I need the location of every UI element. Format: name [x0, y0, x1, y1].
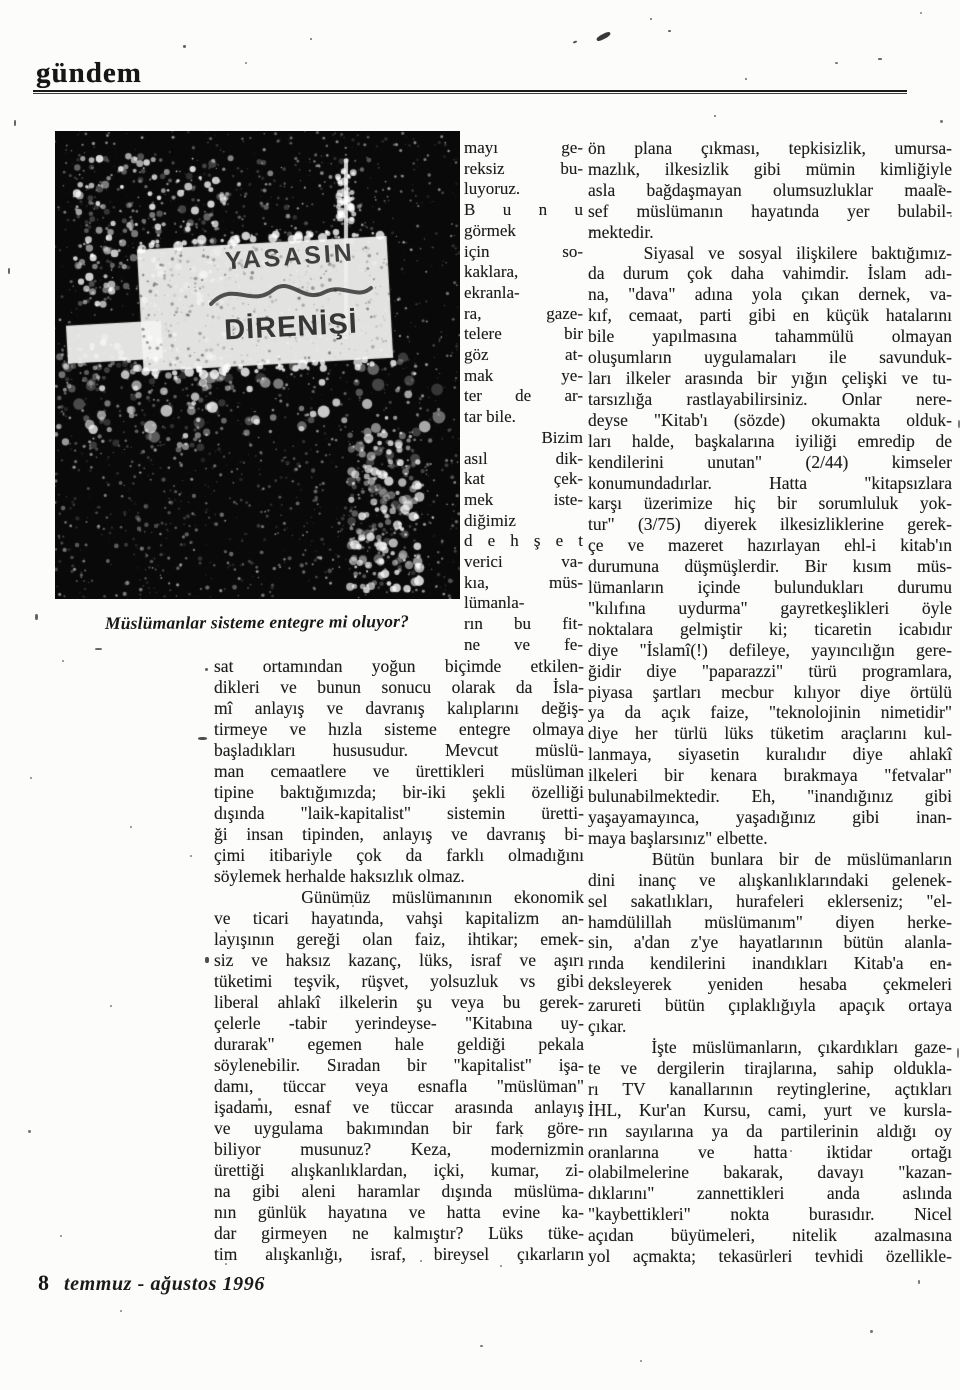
text-line: ön plana çıkması, tepkisizlik, umursa- — [588, 138, 952, 159]
text-line: biliyor musunuz? Keza, modernizmin — [214, 1139, 584, 1160]
text-line: ya da açık faize, "teknolojinin nimetidi… — [588, 702, 952, 723]
magazine-page: gündem YASASIN DİRENİŞİ Müslümanlar sist… — [0, 0, 960, 1390]
text-line: ra, gaze- — [464, 304, 583, 325]
text-line: durumuna düşmüşlerdir. Bir kısım müs- — [588, 556, 952, 577]
text-line: te ve dergilerin tirajlarına, sahip oldu… — [588, 1058, 952, 1079]
text-line: İHL, Kur'an Kursu, cami, yurt ve kursla- — [588, 1100, 952, 1121]
text-line: konumundadırlar. Hatta "kitapsızlara — [588, 473, 952, 494]
text-line: açıdan büyümeleri, nitelik azalmasına — [588, 1225, 952, 1246]
text-line: liberal ahlakî ilkelerin şu veya bu gere… — [214, 992, 584, 1013]
scan-speck — [420, 1260, 422, 1262]
text-line: kat çek- — [464, 469, 583, 490]
text-line: Bütün bunlara bir de müslümanların — [588, 849, 952, 870]
text-line: söylenebilir. Sıradan bir "kapitalist" i… — [214, 1055, 584, 1076]
text-line: "kaybettikleri" nokta burasıdır. Nicel — [588, 1204, 952, 1225]
text-line: verici va- — [464, 552, 583, 573]
text-line: ğidir diye "paparazzi" türü programlara, — [588, 661, 952, 682]
text-line: yol açmakta; tekasürleri tevhidi özellik… — [588, 1246, 952, 1267]
text-line: man cemaatlere ve ürettikleri müslüman — [214, 761, 584, 782]
scan-speck — [205, 668, 208, 671]
scan-speck — [198, 737, 207, 740]
text-line: tarsızlığa rastlayabilirsiniz. Onlar ner… — [588, 389, 952, 410]
scan-speck — [878, 58, 882, 60]
scan-speck — [957, 1048, 959, 1058]
scan-speck — [245, 62, 247, 64]
text-line: dıklarını" zannettikleri anda aslında — [588, 1183, 952, 1204]
text-line: sel sakatlıkları, hurafeleri eklerseniz;… — [588, 891, 952, 912]
text-line: ne ve fe- — [464, 635, 583, 656]
text-line: asla bağdaşmayan olumsuzluklar maale- — [588, 180, 952, 201]
text-line: mazlık, ilkesizlik gibi mümin kimliğiyle — [588, 159, 952, 180]
text-line: görmek — [464, 221, 583, 242]
text-line: dar girmeyen ne kalmıştır? Lüks tüke- — [214, 1223, 584, 1244]
text-line: İşte müslümanların, çıkardıkları gaze- — [588, 1037, 952, 1058]
text-line: kıf, cemaat, parti gibi en küçük hatalar… — [588, 305, 952, 326]
scan-speck — [790, 1150, 792, 1152]
text-line: tüketimi teşvik, rüşvet, yolsuzluk vs gi… — [214, 971, 584, 992]
text-line: durarak" egemen hale geldiği pekala — [214, 1034, 584, 1055]
text-line: d e h ş e t — [464, 531, 583, 552]
text-line: tur" (3/75) diyerek ilkesizliklerine ger… — [588, 514, 952, 535]
scan-speck — [225, 930, 227, 932]
scan-speck — [62, 660, 64, 662]
page-number: 8 — [38, 1270, 49, 1296]
text-line: rında kendilerini inandıkları Kitab'a en… — [588, 953, 952, 974]
scan-speck — [130, 826, 132, 828]
text-line: sef müslümanın hayatında yer bulabil- — [588, 201, 952, 222]
text-line: dini inanç ve alışkanlıklarındaki gelene… — [588, 870, 952, 891]
text-line: ekranla- — [464, 283, 583, 304]
text-line: ve uygulama bakımından bir fark göre- — [214, 1118, 584, 1139]
issue-date: temmuz - ağustos 1996 — [64, 1273, 265, 1296]
scan-speck — [120, 1310, 122, 1312]
header-rule — [33, 90, 907, 95]
text-line: sat ortamından yoğun biçimde etkilen- — [214, 656, 584, 677]
text-line: diye "İslamî(!) defileye, yayıncılığın g… — [588, 640, 952, 661]
scan-speck — [948, 962, 951, 964]
text-line: tar bile. — [464, 407, 583, 428]
text-line: kıa, müs- — [464, 573, 583, 594]
scan-speck — [714, 115, 716, 117]
text-line: ter de ar- — [464, 386, 583, 407]
text-line: kendilerini unutan" (2/44) kimseler — [588, 452, 952, 473]
text-line: luyoruz. — [464, 179, 583, 200]
text-line: çe ve mazeret hazırlayan ehl-i kitab'ın — [588, 535, 952, 556]
text-line: ürettiği alışkanlıklardan, içki, kumar, … — [214, 1160, 584, 1181]
text-line: olabilmelerine bakarak, davayı "kazan- — [588, 1162, 952, 1183]
text-line: söylemek herhalde haksızlık olmaz. — [214, 866, 584, 887]
scan-speck — [310, 38, 312, 40]
scan-speck — [35, 614, 38, 620]
text-line: "kılıfına uydurma" gayretkeşlikleri öyle — [588, 598, 952, 619]
text-line: da durum çok daha vahimdir. İslam adı- — [588, 263, 952, 284]
text-line: karşı üzerimize hiç bir sorumluluk yok- — [588, 493, 952, 514]
article-column-right: ön plana çıkması, tepkisizlik, umursa-ma… — [588, 138, 952, 1267]
text-line: başladıkları hususudur. Mevcut müslü- — [214, 740, 584, 761]
text-line: zarureti bütün çıplaklığıyla apaçık orta… — [588, 995, 952, 1016]
text-line: bile yapılmasına tahammülü olmayan — [588, 326, 952, 347]
text-line: Bizim — [464, 428, 583, 449]
text-line: göz at- — [464, 345, 583, 366]
scan-speck — [30, 777, 32, 779]
text-line: Siyasal ve sosyal ilişkilere baktığımız- — [588, 243, 952, 264]
scan-speck — [668, 30, 671, 32]
text-line: ları halde, başkalarına iyiliği emredip … — [588, 431, 952, 452]
text-line: mî anlayış ve davranış kalıplarını değiş… — [214, 698, 584, 719]
text-line: ları ilkeler arasında bir yığın çelişki … — [588, 368, 952, 389]
text-line: ve ticari hayatında, vahşi kapitalizm an… — [214, 908, 584, 929]
scan-speck — [596, 31, 612, 42]
scan-speck — [110, 1005, 112, 1007]
text-line: işadamı, esnaf ve tüccar arasında anlayı… — [214, 1097, 584, 1118]
text-line: rı TV kanallarının reytinglerine, açtıkl… — [588, 1079, 952, 1100]
scan-speck — [938, 185, 942, 187]
text-line: B u n u — [464, 200, 583, 221]
scan-speck — [60, 1235, 62, 1237]
text-line: dışında "laik-kapitalist" sistemin ürett… — [214, 803, 584, 824]
text-line: lümanların içinde bulundukları durumu — [588, 577, 952, 598]
scan-speck — [935, 715, 937, 717]
scan-speck — [870, 1330, 873, 1333]
article-column-left: sat ortamından yoğun biçimde etkilen-dik… — [214, 656, 584, 1265]
text-line: diğimiz — [464, 511, 583, 532]
scan-speck — [940, 520, 943, 522]
text-line: bulunabilmektedir. Eh, "inandığınız gibi — [588, 786, 952, 807]
scan-speck — [835, 62, 838, 64]
text-line: sin, a'dan z'ye hayatlarının bütün alanl… — [588, 932, 952, 953]
text-line: telere bir — [464, 324, 583, 345]
scan-speck — [590, 230, 593, 233]
text-line: diye her türlü lüks tüketim araçlarını k… — [588, 723, 952, 744]
text-line: tipine baktığımızda; bir-iki şekli özell… — [214, 782, 584, 803]
photo-caption: Müslümanlar sisteme entegre mi oluyor? — [58, 611, 456, 635]
text-line: tirmeye ve hızla sisteme entegre olmaya — [214, 719, 584, 740]
text-line: mayı ge- — [464, 138, 583, 159]
page-footer: 8 temmuz - ağustos 1996 — [38, 1270, 265, 1296]
text-line: tim alışkanlığı, israf, bireysel çıkarla… — [214, 1244, 584, 1265]
text-line: noktalara gelmiştir ki; ticaretin icabıd… — [588, 619, 952, 640]
scan-speck — [480, 1345, 483, 1347]
text-line: çelerle -tabir yerindeyse- "Kitabına uy- — [214, 1013, 584, 1034]
scan-speck — [650, 18, 652, 20]
text-line: ilkeleri bir kenara bırakmaya "fetvalar" — [588, 765, 952, 786]
text-line: rın bu fit- — [464, 614, 583, 635]
text-line: asıl dik- — [464, 449, 583, 470]
scan-speck — [183, 45, 186, 48]
text-line: layışının gereği olan faiz, ihtikar; eme… — [214, 929, 584, 950]
text-line: ği insan tipinden, anlayış ve davranış b… — [214, 824, 584, 845]
text-line: deksleyerek yeniden hesaba çekmeleri — [588, 974, 952, 995]
protest-photo: YASASIN DİRENİŞİ — [55, 131, 460, 599]
text-line: oranlarına ve hatta iktidar ortağı — [588, 1142, 952, 1163]
scan-speck — [8, 268, 10, 274]
text-line: lümanla- — [464, 593, 583, 614]
scan-speck — [918, 1280, 920, 1284]
text-line: çimi itibariyle çok da farklı olmadığını — [214, 845, 584, 866]
scan-speck — [205, 957, 209, 963]
text-line: mak ye- — [464, 366, 583, 387]
text-line: rın sayılarına ya da partilerinin aldığı… — [588, 1121, 952, 1142]
text-line: na gibi aleni haramlar dışında müslüma- — [214, 1181, 584, 1202]
text-line: piyasa şartları mecbur kılıyor diye örtü… — [588, 682, 952, 703]
text-line: için so- — [464, 242, 583, 263]
scan-speck — [573, 40, 577, 43]
text-line: çıkar. — [588, 1016, 952, 1037]
text-line: kaklara, — [464, 262, 583, 283]
protest-photo-canvas — [55, 131, 460, 599]
section-title: gündem — [36, 57, 142, 90]
scan-speck — [500, 1265, 502, 1267]
scan-speck — [640, 1360, 642, 1362]
text-line: yaşayamayınca, yaşadığınız gibi inan- — [588, 807, 952, 828]
text-line: siz ve haksız kazanç, lüks, israf ve aşı… — [214, 950, 584, 971]
scan-speck — [14, 120, 16, 126]
scan-speck — [520, 1135, 522, 1137]
text-line: deyse "Kitab'ı (sözde) okumakta olduk- — [588, 410, 952, 431]
text-line: dikleri ve bunun sonucu olarak da İsla- — [214, 677, 584, 698]
scan-speck — [950, 215, 952, 217]
text-line: na, "dava" adına yola çıkan dernek, va- — [588, 284, 952, 305]
text-line: hamdülillah müslümanım" diyen herke- — [588, 912, 952, 933]
scan-speck — [745, 78, 747, 80]
text-line: mek iste- — [464, 490, 583, 511]
scan-speck — [28, 1130, 31, 1133]
text-line: Günümüz müslümanının ekonomik — [214, 887, 584, 908]
scan-speck — [352, 905, 354, 907]
scan-speck — [95, 648, 102, 650]
scan-speck — [225, 1263, 227, 1265]
text-line: reksiz bu- — [464, 159, 583, 180]
text-line: mektedir. — [588, 222, 952, 243]
scan-speck — [920, 12, 922, 14]
scan-speck — [190, 855, 192, 857]
text-line: maya başlarsınız" elbette. — [588, 828, 952, 849]
scan-speck — [940, 120, 943, 123]
text-line: oluşumların uygulamaları ile savunduk- — [588, 347, 952, 368]
scan-speck — [258, 1098, 261, 1101]
text-line: nın günlük hayatına ve hatta evine ka- — [214, 1202, 584, 1223]
text-line: damı, tüccar veya esnafla "müslüman" — [214, 1076, 584, 1097]
text-line: lanmaya, siyasetin kuralıdır diye ahlakî — [588, 744, 952, 765]
article-column-narrow: mayı ge-reksiz bu-luyoruz.B u n ugörmeki… — [464, 138, 583, 656]
